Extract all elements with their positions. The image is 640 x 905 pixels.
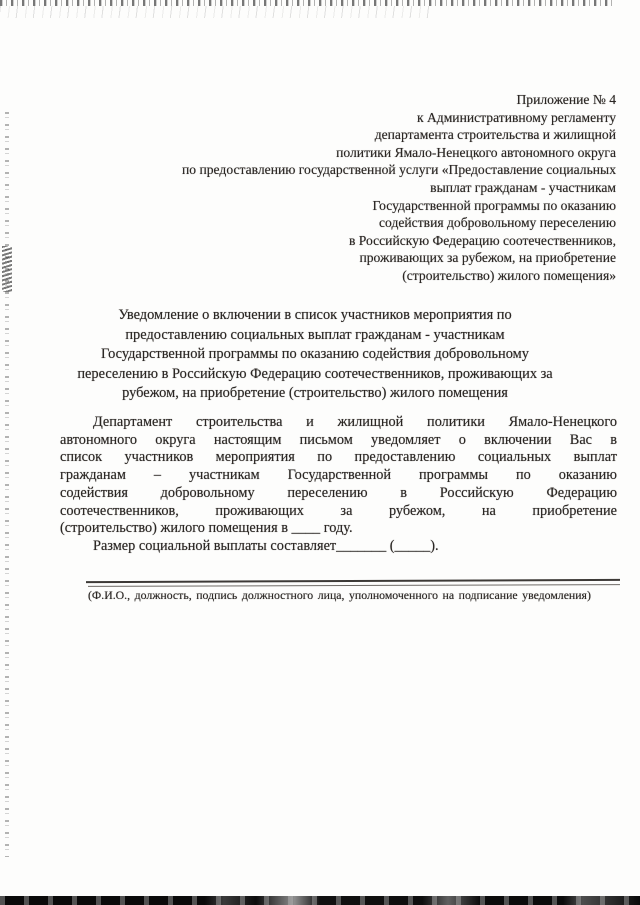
body-line: (строительство) жилого помещения в ____ …: [60, 520, 617, 538]
appendix-line: Приложение № 4: [30, 91, 616, 109]
body-line: содействия добровольному переселению в Р…: [60, 485, 617, 503]
scan-noise-blob: [2, 246, 12, 292]
body-line: соотечественников, проживающих за рубежо…: [60, 503, 617, 521]
appendix-line: к Административному регламенту: [30, 109, 616, 127]
appendix-line: Государственной программы по оказанию: [30, 197, 616, 215]
appendix-line: содействия добровольному переселению: [30, 214, 616, 232]
title-line: переселению в Российскую Федерацию сооте…: [50, 365, 580, 385]
scan-noise-top-edge: [0, 0, 612, 6]
signature-line: [86, 579, 620, 583]
document-body: Департамент строительства и жилищной пол…: [60, 414, 617, 556]
appendix-line: проживающих за рубежом, на приобретение: [30, 249, 616, 267]
body-line: Департамент строительства и жилищной пол…: [60, 414, 617, 432]
appendix-reference-block: Приложение № 4 к Административному регла…: [30, 91, 616, 285]
appendix-line: (строительство) жилого помещения»: [30, 267, 616, 285]
document-title: Уведомление о включении в список участни…: [50, 306, 580, 404]
body-line: гражданам – участникам Государственной п…: [60, 467, 617, 485]
payment-amount-line: Размер социальной выплаты составляет____…: [60, 538, 617, 556]
signature-caption: (Ф.И.О., должность, подпись должностного…: [88, 588, 628, 602]
appendix-line: политики Ямало-Ненецкого автономного окр…: [30, 144, 616, 162]
title-line: рубежом, на приобретение (строительство)…: [50, 384, 580, 404]
body-line: список участников мероприятия по предост…: [60, 449, 617, 467]
appendix-line: в Российскую Федерацию соотечественников…: [30, 232, 616, 250]
title-line: Государственной программы по оказанию со…: [50, 345, 580, 365]
scanned-document-page: Приложение № 4 к Административному регла…: [0, 0, 640, 905]
scan-artifact-bottom-band: [0, 896, 640, 905]
title-line: Уведомление о включении в список участни…: [50, 306, 580, 326]
appendix-line: департамента строительства и жилищной: [30, 126, 616, 144]
title-line: предоставлению социальных выплат граждан…: [50, 326, 580, 346]
signature-line-echo: [88, 584, 620, 587]
appendix-line: по предоставлению государственной услуги…: [30, 161, 616, 179]
scan-noise-left-edge: [5, 112, 9, 857]
body-line: автономного округа настоящим письмом уве…: [60, 432, 617, 450]
appendix-line: выплат гражданам - участникам: [30, 179, 616, 197]
